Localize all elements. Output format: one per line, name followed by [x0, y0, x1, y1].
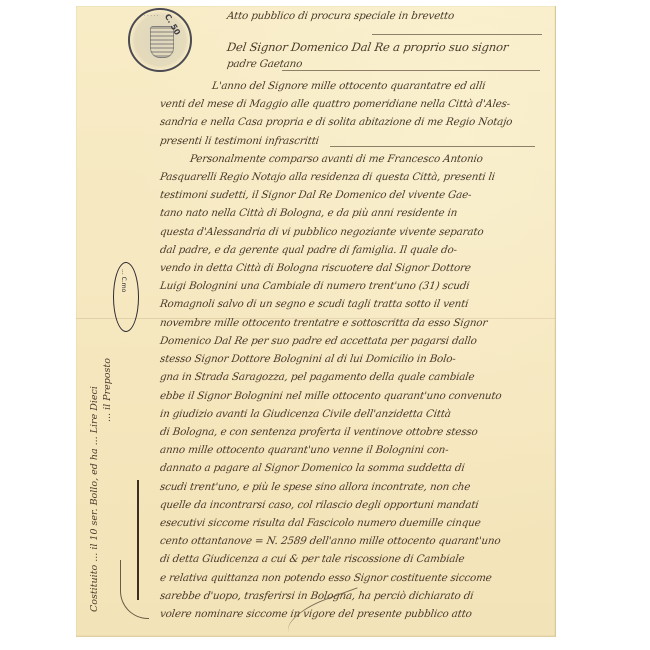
- body-line: sarebbe d'uopo, trasferirsi in Bologna, …: [159, 590, 474, 602]
- margin-annotation: Costituito ... il 10 ser. Bollo, ed ha .…: [88, 358, 114, 612]
- body-line: L'anno del Signore mille ottocento quara…: [211, 80, 486, 92]
- body-line: dannato a pagare al Signor Domenico la s…: [159, 462, 465, 474]
- body-line: vendo in detta Città di Bologna riscuote…: [159, 262, 471, 274]
- margin-oval-stamp: ... C.mo: [113, 262, 139, 332]
- margin-annotation-line: Costituito ... il 10 ser. Bollo, ed ha .…: [88, 358, 101, 612]
- body-line: scudi trent'uno, e più le spese sino all…: [159, 481, 471, 493]
- body-line: e relativa quittanza non potendo esso Si…: [159, 572, 492, 584]
- body-line: anno mille ottocento quarant'uno venne i…: [159, 444, 449, 456]
- header-line: Del Signor Domenico Dal Re a proprio suo…: [226, 40, 509, 54]
- margin-annotation-line: ... il Preposto: [101, 358, 114, 612]
- body-line: presenti li testimoni infrascritti: [159, 135, 320, 147]
- body-line: stesso Signor Dottore Bolognini al di lu…: [159, 353, 456, 365]
- body-line: Luigi Bolognini una Cambiale di numero t…: [159, 280, 470, 292]
- line-filler-rule: [330, 146, 535, 147]
- body-line: in giudizio avanti la Giudicenza Civile …: [159, 408, 451, 420]
- body-line: novembre mille ottocento trentatre e sot…: [159, 317, 488, 329]
- body-line: esecutivi siccome risulta dal Fascicolo …: [159, 517, 481, 529]
- body-line: gna in Strada Saragozza, pel pagamento d…: [159, 371, 475, 383]
- body-line: ebbe il Signor Bolognini nel mille ottoc…: [159, 390, 502, 402]
- header-line: padre Gaetano: [226, 58, 303, 70]
- revenue-stamp: · · · · · C. 50: [128, 8, 192, 72]
- body-line: dal padre, e da gerente qual padre di fa…: [159, 244, 458, 256]
- body-line: Domenico Dal Re per suo padre ed accetta…: [159, 335, 477, 347]
- body-line: Personalmente comparso avanti di me Fran…: [189, 153, 483, 165]
- body-line: tano nato nella Città di Bologna, e da p…: [159, 207, 458, 219]
- body-line: Pasquarelli Regio Notajo alla residenza …: [159, 171, 495, 183]
- body-line: quelle da incontrarsi caso, col rilascio…: [159, 499, 479, 511]
- stamp-legend: · · · · ·: [144, 13, 158, 19]
- header-rule: [282, 70, 540, 71]
- header-rule: [372, 34, 542, 35]
- margin-stamp-text: ... C.mo: [120, 269, 127, 292]
- body-line: Romagnoli salvo di un segno e scudi tagl…: [159, 298, 469, 310]
- body-line: di detta Giudicenza a cui & per tale ris…: [159, 553, 465, 565]
- body-line: cento ottantanove = N. 2589 dell'anno mi…: [159, 535, 501, 547]
- body-line: di Bologna, e con sentenza proferta il v…: [159, 426, 478, 438]
- header-line: Atto pubblico di procura speciale in bre…: [226, 10, 455, 22]
- body-line: questa d'Alessandria di vi pubblico nego…: [159, 226, 484, 238]
- body-line: venti del mese di Maggio alle quattro po…: [159, 98, 511, 110]
- body-line: testimoni sudetti, il Signor Dal Re Dome…: [159, 189, 472, 201]
- body-line: sandria e nella Casa propria e di solita…: [159, 116, 513, 128]
